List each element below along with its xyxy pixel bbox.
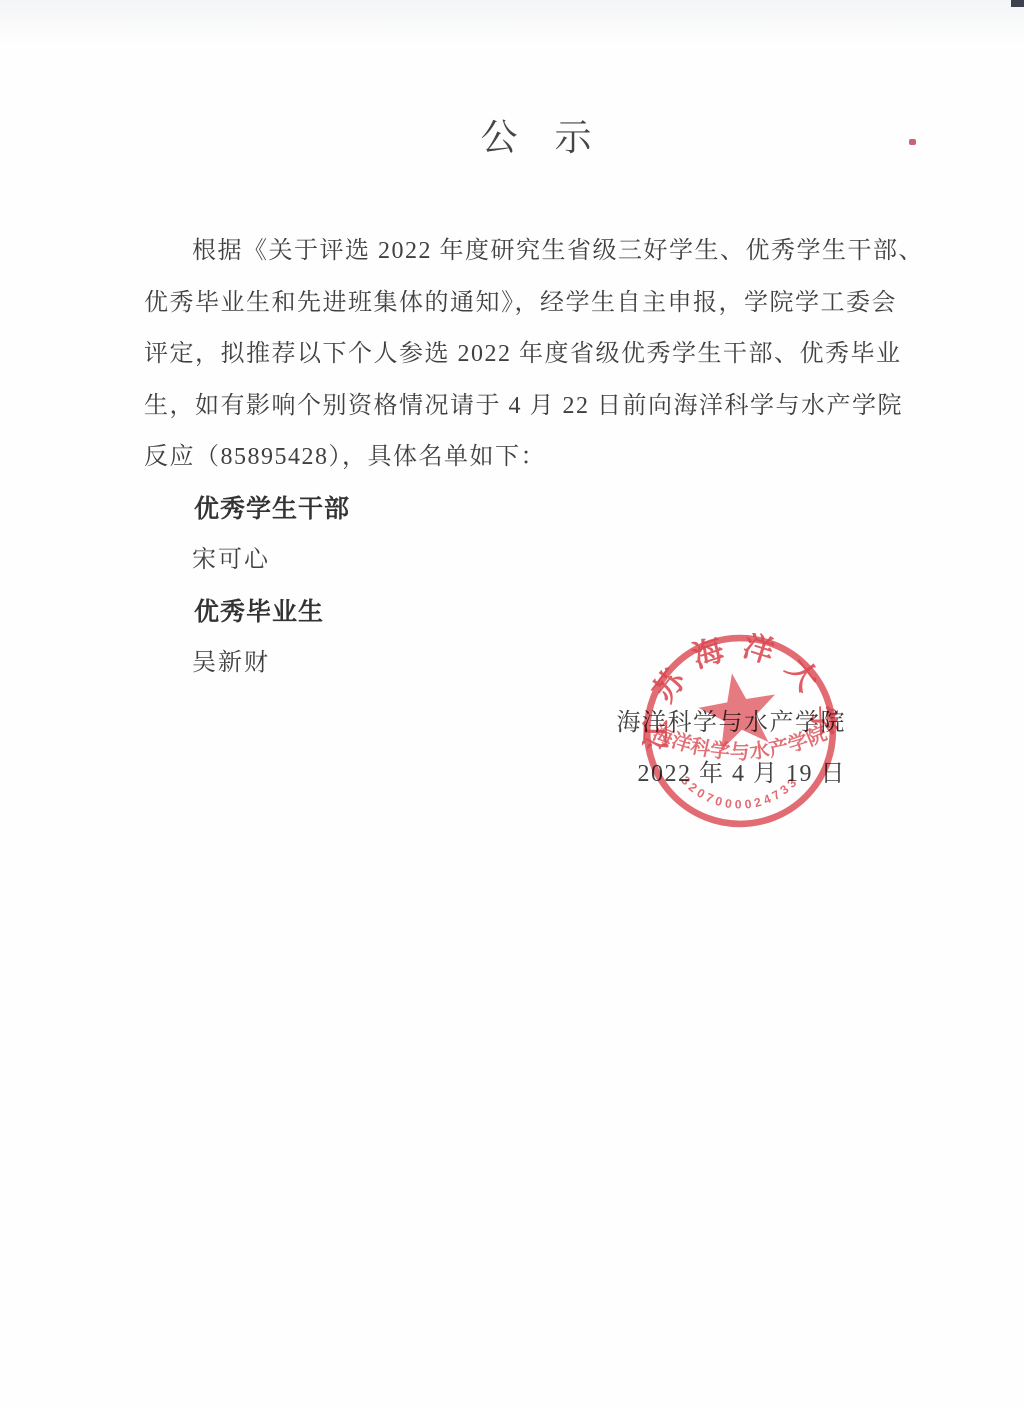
awardee-name-graduate: 吴新财: [144, 638, 880, 690]
award-lists: 优秀学生干部 宋可心 优秀毕业生 吴新财: [144, 484, 880, 690]
scanned-notice-page: 公 示 根据《关于评选 2022 年度研究生省级三好学生、优秀学生干部、 优秀毕…: [0, 0, 1024, 1408]
body-line-3: 评定，拟推荐以下个人参选 2022 年度省级优秀学生干部、优秀毕业: [144, 329, 880, 381]
signature-date: 2022 年 4 月 19 日: [144, 749, 846, 801]
section-heading-student-cadre: 优秀学生干部: [144, 484, 880, 536]
body-line-1: 根据《关于评选 2022 年度研究生省级三好学生、优秀学生干部、: [144, 226, 880, 278]
notice-body: 根据《关于评选 2022 年度研究生省级三好学生、优秀学生干部、 优秀毕业生和先…: [144, 226, 880, 484]
body-line-4: 生，如有影响个别资格情况请于 4 月 22 日前向海洋科学与水产学院: [144, 381, 880, 433]
section-heading-graduate: 优秀毕业生: [144, 587, 880, 639]
body-line-5: 反应（85895428），具体名单如下：: [144, 432, 880, 484]
scan-noise: [0, 0, 1024, 46]
body-line-2: 优秀毕业生和先进班集体的通知》，经学生自主申报，学院学工委会: [144, 278, 880, 330]
scanner-corner-mark: [1011, 0, 1024, 7]
notice-title: 公 示: [144, 112, 880, 166]
red-ink-speck: [909, 139, 916, 145]
awardee-name-cadre: 宋可心: [144, 535, 880, 587]
signature-block: 海洋科学与水产学院 2022 年 4 月 19 日: [144, 698, 880, 801]
signature-org: 海洋科学与水产学院: [144, 698, 846, 750]
